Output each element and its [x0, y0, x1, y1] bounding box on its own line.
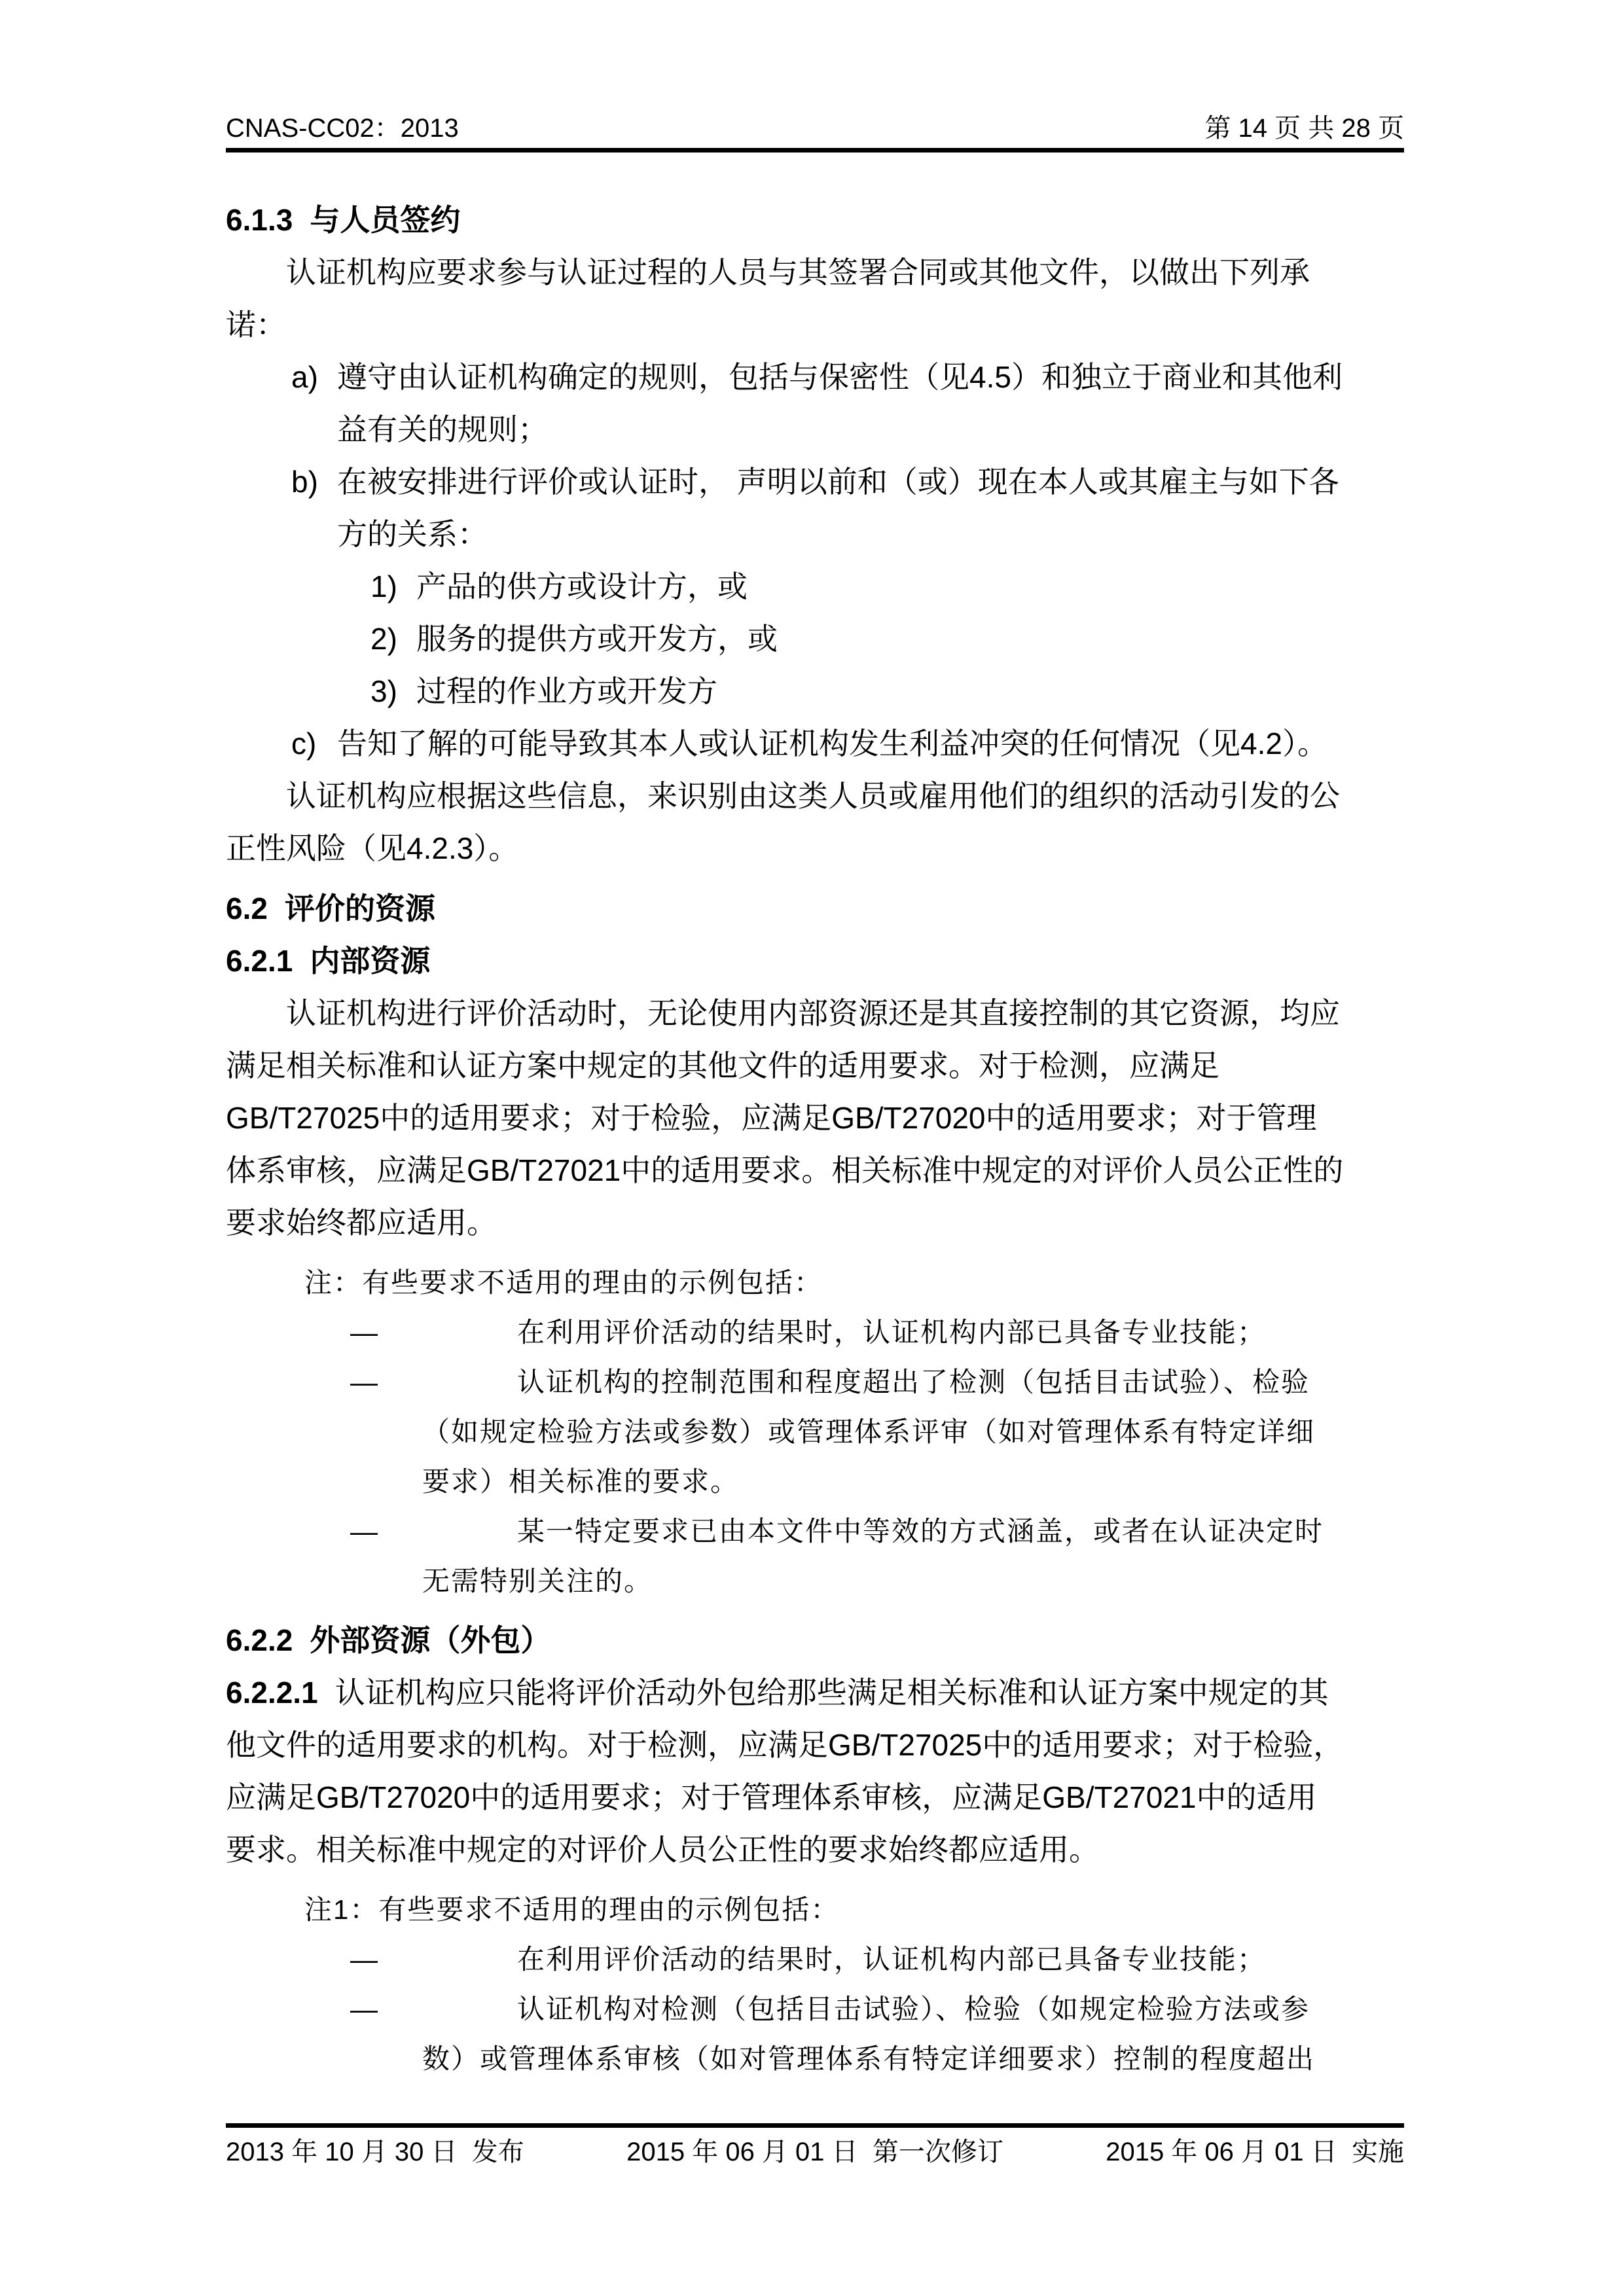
revision-date: 2015 年 06 月 01 日 第一次修订 [626, 2135, 1003, 2169]
note-bullet-text: 在利用评价活动的结果时，认证机构内部已具备专业技能； [517, 1935, 1266, 1984]
section-title: 与人员签约 [310, 203, 460, 237]
note-bullet-text: 认证机构的控制范围和程度超出了检测（包括目击试验）、检验 [517, 1357, 1310, 1407]
list-marker: 3) [370, 665, 416, 717]
list-marker: b) [291, 456, 337, 508]
list-item-text: 在被安排进行评价或认证时， 声明以前和（或）现在本人或其雇主与如下各 [337, 456, 1339, 508]
list-item-text: 产品的供方或设计方，或 [416, 560, 748, 613]
dash-marker: — [350, 1357, 517, 1407]
list-item-a: a) 遵守由认证机构确定的规则，包括与保密性（见4.5）和独立于商业和其他利 [226, 351, 1404, 403]
list-marker: c) [291, 717, 337, 770]
list-item-continuation: 益有关的规则； [226, 403, 1404, 456]
page-header: CNAS-CC02：2013 第 14 页 共 28 页 [226, 113, 1404, 144]
dash-marker: — [350, 1935, 517, 1984]
note-label: 注： [304, 1258, 362, 1308]
note-bullet-text: 认证机构对检测（包括目击试验）、检验（如规定检验方法或参 [517, 1984, 1310, 2034]
paragraph-line: 认证机构应根据这些信息，来识别由这类人员或雇用他们的组织的活动引发的公 [226, 770, 1404, 822]
dash-marker: — [350, 1984, 517, 2034]
page-number-label: 第 14 页 共 28 页 [1204, 113, 1404, 144]
note-continuation: （如规定检验方法或参数）或管理体系评审（如对管理体系有特定详细 [226, 1407, 1404, 1457]
note-bullet-text: 某一特定要求已由本文件中等效的方式涵盖，或者在认证决定时 [517, 1507, 1324, 1556]
dash-marker: — [350, 1308, 517, 1357]
heading-6-1-3: 6.1.3与人员签约 [226, 194, 1404, 246]
note-bullet: — 在利用评价活动的结果时，认证机构内部已具备专业技能； [226, 1935, 1404, 1984]
heading-6-2-1: 6.2.1内部资源 [226, 935, 1404, 987]
paragraph-line: 正性风险（见4.2.3）。 [226, 822, 1404, 874]
note-intro-text: 有些要求不适用的理由的示例包括： [362, 1258, 823, 1308]
list-marker: 2) [370, 613, 416, 665]
note-continuation: 无需特别关注的。 [226, 1556, 1404, 1606]
list-item-b: b) 在被安排进行评价或认证时， 声明以前和（或）现在本人或其雇主与如下各 [226, 456, 1404, 508]
list-item-text: 过程的作业方或开发方 [416, 665, 717, 717]
heading-6-2-2: 6.2.2外部资源（外包） [226, 1614, 1404, 1666]
paragraph-line: 满足相关标准和认证方案中规定的其他文件的适用要求。对于检测，应满足 [226, 1039, 1404, 1092]
page-footer: 2013 年 10 月 30 日 发布 2015 年 06 月 01 日 第一次… [226, 2135, 1404, 2169]
document-content: 6.1.3与人员签约 认证机构应要求参与认证过程的人员与其签署合同或其他文件，以… [226, 194, 1404, 2084]
list-marker: 1) [370, 560, 416, 613]
paragraph-line: 他文件的适用要求的机构。对于检测，应满足GB/T27025中的适用要求；对于检验… [226, 1719, 1404, 1771]
note-bullet: — 某一特定要求已由本文件中等效的方式涵盖，或者在认证决定时 [226, 1507, 1404, 1556]
section-title: 外部资源（外包） [310, 1623, 550, 1657]
sublist-item-3: 3) 过程的作业方或开发方 [226, 665, 1404, 717]
sublist-item-1: 1) 产品的供方或设计方，或 [226, 560, 1404, 613]
heading-6-2: 6.2评价的资源 [226, 882, 1404, 935]
header-rule [226, 148, 1404, 152]
list-item-text: 遵守由认证机构确定的规则，包括与保密性（见4.5）和独立于商业和其他利 [337, 351, 1343, 403]
note-continuation: 数）或管理体系审核（如对管理体系有特定详细要求）控制的程度超出 [226, 2034, 1404, 2084]
list-item-text: 服务的提供方或开发方，或 [416, 613, 778, 665]
note-bullet: — 认证机构的控制范围和程度超出了检测（包括目击试验）、检验 [226, 1357, 1404, 1407]
paragraph-line: 应满足GB/T27020中的适用要求；对于管理体系审核，应满足GB/T27021… [226, 1771, 1404, 1823]
sublist-item-2: 2) 服务的提供方或开发方，或 [226, 613, 1404, 665]
section-number: 6.2 [226, 891, 268, 925]
list-marker: a) [291, 351, 337, 403]
paragraph-line: 体系审核，应满足GB/T27021中的适用要求。相关标准中规定的对评价人员公正性… [226, 1144, 1404, 1196]
list-item-continuation: 方的关系： [226, 508, 1404, 560]
dash-marker: — [350, 1507, 517, 1556]
document-page: CNAS-CC02：2013 第 14 页 共 28 页 6.1.3与人员签约 … [0, 0, 1624, 2296]
section-number: 6.2.1 [226, 944, 293, 978]
note-intro: 注1： 有些要求不适用的理由的示例包括： [226, 1885, 1404, 1935]
clause-6-2-2-1: 6.2.2.1 认证机构应只能将评价活动外包给那些满足相关标准和认证方案中规定的… [226, 1666, 1404, 1719]
paragraph-line: 认证机构应只能将评价活动外包给那些满足相关标准和认证方案中规定的其 [335, 1666, 1329, 1719]
paragraph-line: 诺： [226, 298, 1404, 351]
doc-code: CNAS-CC02：2013 [226, 113, 459, 144]
note-intro-text: 有些要求不适用的理由的示例包括： [378, 1885, 839, 1935]
clause-number: 6.2.2.1 [226, 1666, 318, 1719]
paragraph-line: 认证机构应要求参与认证过程的人员与其签署合同或其他文件，以做出下列承 [226, 246, 1404, 298]
paragraph-line: 要求始终都应适用。 [226, 1196, 1404, 1249]
implementation-date: 2015 年 06 月 01 日 实施 [1106, 2135, 1404, 2169]
release-date: 2013 年 10 月 30 日 发布 [226, 2135, 524, 2169]
section-number: 6.1.3 [226, 203, 293, 237]
note-intro: 注： 有些要求不适用的理由的示例包括： [226, 1258, 1404, 1308]
list-item-c: c) 告知了解的可能导致其本人或认证机构发生利益冲突的任何情况（见4.2）。 [226, 717, 1404, 770]
note-continuation: 要求）相关标准的要求。 [226, 1457, 1404, 1507]
section-title: 评价的资源 [285, 891, 435, 925]
note-bullet: — 在利用评价活动的结果时，认证机构内部已具备专业技能； [226, 1308, 1404, 1357]
footer-rule [226, 2123, 1404, 2128]
note-label: 注1： [304, 1885, 378, 1935]
section-title: 内部资源 [310, 944, 430, 978]
section-number: 6.2.2 [226, 1623, 293, 1657]
list-item-text: 告知了解的可能导致其本人或认证机构发生利益冲突的任何情况（见4.2）。 [337, 717, 1327, 770]
paragraph-line: 认证机构进行评价活动时，无论使用内部资源还是其直接控制的其它资源，均应 [226, 987, 1404, 1039]
note-bullet-text: 在利用评价活动的结果时，认证机构内部已具备专业技能； [517, 1308, 1266, 1357]
paragraph-line: 要求。相关标准中规定的对评价人员公正性的要求始终都应适用。 [226, 1823, 1404, 1876]
note-bullet: — 认证机构对检测（包括目击试验）、检验（如规定检验方法或参 [226, 1984, 1404, 2034]
paragraph-line: GB/T27025中的适用要求；对于检验，应满足GB/T27020中的适用要求；… [226, 1092, 1404, 1144]
